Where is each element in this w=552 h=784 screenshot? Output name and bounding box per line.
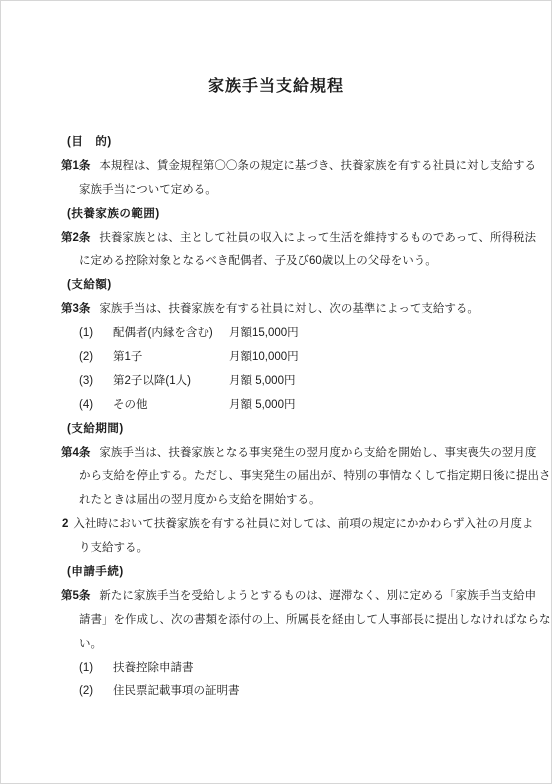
- item-amount: 月額 5,000円: [229, 370, 295, 394]
- article-4-text-3: れたときは届出の翌月度から支給を開始する。: [79, 489, 551, 513]
- article-3-line-1: 第3条家族手当は、扶養家族を有する社員に対し、次の基準によって支給する。: [61, 298, 551, 322]
- attachment-item-residence-certificate: (2)住民票記載事項の証明書: [79, 680, 551, 704]
- section-heading-purpose: (目 的): [67, 131, 551, 155]
- article-1-text-2: 家族手当について定める。: [79, 179, 551, 203]
- document-body: (目 的) 第1条本規程は、賃金規程第〇〇条の規定に基づき、扶養家族を有する社員…: [1, 131, 551, 704]
- article-5-text-2: 請書」を作成し、次の書類を添付の上、所属長を経由して人事部長に提出しなければなら…: [79, 609, 551, 633]
- item-amount: 月額10,000円: [229, 346, 299, 370]
- article-1-line-1: 第1条本規程は、賃金規程第〇〇条の規定に基づき、扶養家族を有する社員に対し支給す…: [61, 155, 551, 179]
- item-name: 第1子: [113, 346, 229, 370]
- article-3-text-1: 家族手当は、扶養家族を有する社員に対し、次の基準によって支給する。: [99, 303, 479, 315]
- item-number: (1): [79, 657, 113, 681]
- allowance-item-second-child: (3)第2子以降(1人)月額 5,000円: [79, 370, 551, 394]
- item-name: 配偶者(内縁を含む): [113, 322, 229, 346]
- item-name: 住民票記載事項の証明書: [113, 680, 240, 704]
- article-4-paragraph-2-line-1: 2入社時において扶養家族を有する社員に対しては、前項の規定にかかわらず入社の月度…: [62, 513, 551, 537]
- article-2-text-1: 扶養家族とは、主として社員の収入によって生活を維持するものであって、所得税法: [99, 232, 536, 244]
- document-title: 家族手当支給規程: [1, 1, 551, 99]
- section-heading-payment-period: (支給期間): [67, 418, 551, 442]
- item-number: (2): [79, 346, 113, 370]
- article-4-label: 第4条: [61, 447, 90, 459]
- item-name: その他: [113, 394, 229, 418]
- attachment-item-dependent-deduction: (1)扶養控除申請書: [79, 657, 551, 681]
- item-name: 扶養控除申請書: [113, 657, 229, 681]
- article-5-label: 第5条: [61, 590, 90, 602]
- article-2-text-2: に定める控除対象となるべき配偶者、子及び60歳以上の父母をいう。: [79, 250, 551, 274]
- item-number: (1): [79, 322, 113, 346]
- paragraph-2-label: 2: [62, 518, 68, 530]
- item-amount: 月額15,000円: [229, 322, 299, 346]
- article-2-line-1: 第2条扶養家族とは、主として社員の収入によって生活を維持するものであって、所得税…: [61, 227, 551, 251]
- item-amount: 月額 5,000円: [229, 394, 295, 418]
- item-number: (2): [79, 680, 113, 704]
- article-1-label: 第1条: [61, 160, 90, 172]
- article-4-line-1: 第4条家族手当は、扶養家族となる事実発生の翌月度から支給を開始し、事実喪失の翌月…: [61, 442, 551, 466]
- document-page: 家族手当支給規程 (目 的) 第1条本規程は、賃金規程第〇〇条の規定に基づき、扶…: [0, 0, 552, 784]
- article-3-label: 第3条: [61, 303, 90, 315]
- section-heading-dependent-scope: (扶養家族の範囲): [67, 203, 551, 227]
- section-heading-application-procedure: (申請手続): [67, 561, 551, 585]
- article-5-text-1: 新たに家族手当を受給しようとするものは、遅滞なく、別に定める「家族手当支給申: [99, 590, 536, 602]
- article-2-label: 第2条: [61, 232, 90, 244]
- section-heading-payment-amount: (支給額): [67, 274, 551, 298]
- article-5-text-3: い。: [79, 633, 551, 657]
- article-4-paragraph-2-text-2: り支給する。: [79, 537, 551, 561]
- article-1-text-1: 本規程は、賃金規程第〇〇条の規定に基づき、扶養家族を有する社員に対し支給する: [99, 160, 536, 172]
- item-name: 第2子以降(1人): [113, 370, 229, 394]
- article-5-line-1: 第5条新たに家族手当を受給しようとするものは、遅滞なく、別に定める「家族手当支給…: [61, 585, 551, 609]
- article-4-text-1: 家族手当は、扶養家族となる事実発生の翌月度から支給を開始し、事実喪失の翌月度: [99, 447, 536, 459]
- allowance-item-other: (4)その他月額 5,000円: [79, 394, 551, 418]
- article-4-text-2: から支給を停止する。ただし、事実発生の届出が、特別の事情なくして指定期日後に提出…: [79, 465, 551, 489]
- item-number: (4): [79, 394, 113, 418]
- allowance-item-spouse: (1)配偶者(内縁を含む)月額15,000円: [79, 322, 551, 346]
- item-number: (3): [79, 370, 113, 394]
- allowance-item-first-child: (2)第1子月額10,000円: [79, 346, 551, 370]
- paragraph-2-text-1: 入社時において扶養家族を有する社員に対しては、前項の規定にかかわらず入社の月度よ: [73, 518, 533, 530]
